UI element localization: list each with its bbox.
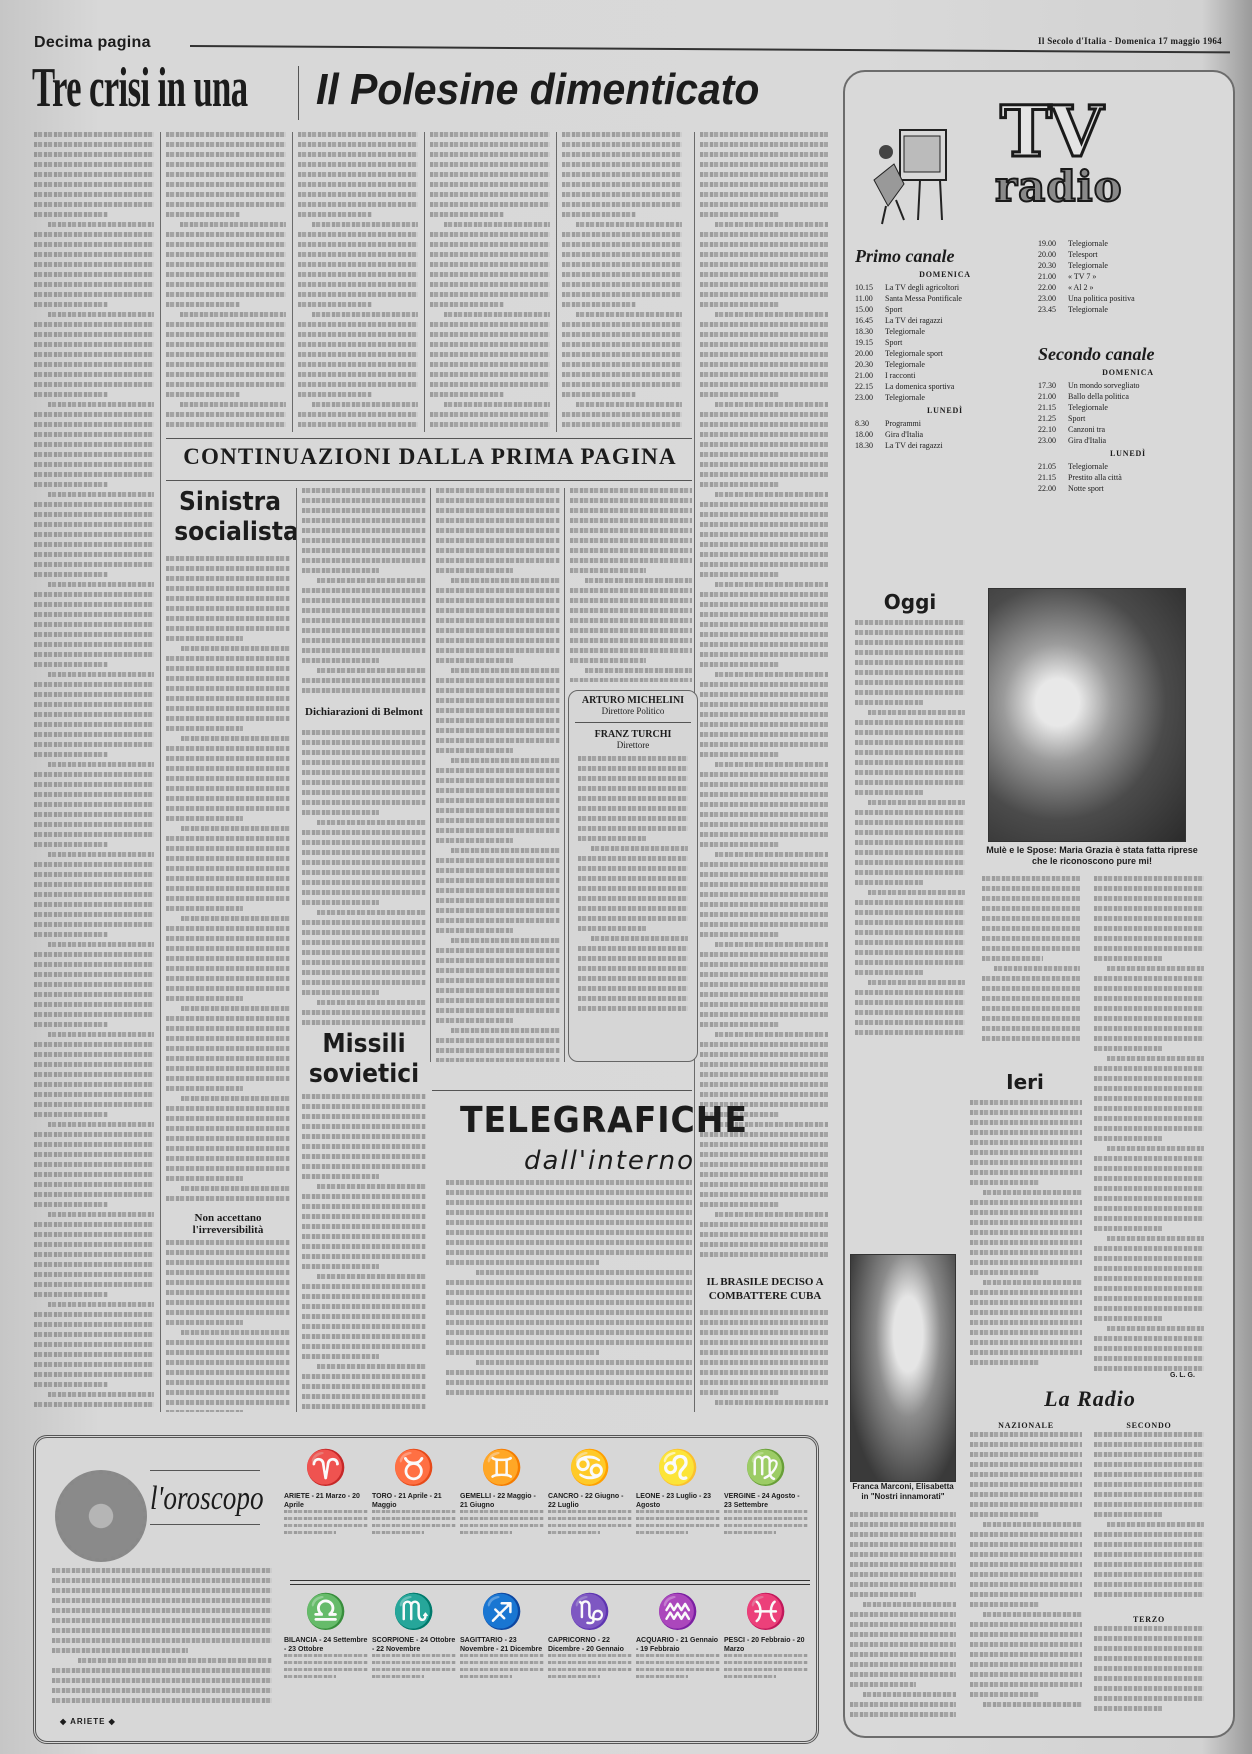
program-row: 18.00Gira d'Italia [855, 429, 1035, 440]
text-line [181, 646, 290, 651]
text-line [576, 312, 682, 317]
text-line [312, 312, 418, 317]
text-line [724, 1668, 808, 1671]
text-line [970, 1240, 1082, 1245]
text-line [700, 642, 828, 647]
column-rule [296, 488, 297, 1412]
text-line [1094, 1646, 1204, 1651]
program-title: La domenica sportiva [885, 381, 1035, 392]
text-line [298, 132, 418, 137]
paper-date: Il Secolo d'Italia - Domenica 17 maggio … [1038, 36, 1222, 46]
text-line [1094, 1126, 1204, 1131]
text-line [970, 1622, 1082, 1627]
text-line [430, 372, 550, 377]
text-line [166, 976, 290, 981]
text-line [34, 742, 154, 747]
text-line [700, 432, 828, 437]
text-line [548, 1654, 632, 1657]
text-line [578, 916, 688, 921]
text-line [34, 1202, 108, 1207]
text-line [578, 786, 688, 791]
text-line [444, 402, 550, 407]
text-line [476, 1360, 692, 1365]
text-line [570, 678, 692, 682]
cont-col-2 [302, 488, 426, 698]
text-line [700, 452, 828, 457]
text-line [578, 996, 688, 1001]
text-line [48, 402, 154, 407]
text-line [436, 508, 560, 513]
text-line [166, 956, 290, 961]
program-row: 21.00« TV 7 » [1038, 271, 1218, 282]
text-line [1094, 1096, 1204, 1101]
horoscope-title-rule [150, 1524, 260, 1525]
cont-col-2b [302, 730, 426, 1026]
text-line [970, 1642, 1082, 1647]
text-line [302, 1394, 426, 1399]
text-line [715, 1212, 828, 1217]
text-line [34, 542, 154, 547]
zodiac-label: TORO - 21 Aprile - 21 Maggio [372, 1492, 456, 1510]
text-line [578, 766, 688, 771]
text-line [430, 332, 550, 337]
text-line [436, 788, 560, 793]
text-line [302, 900, 379, 905]
text-line [578, 836, 646, 841]
text-line [166, 422, 286, 427]
text-line [166, 676, 290, 681]
text-line [166, 816, 243, 821]
text-line [700, 902, 828, 907]
program-row: 21.25Sport [1038, 413, 1218, 424]
text-line [970, 1140, 1082, 1145]
text-line [970, 1200, 1082, 1205]
text-line [430, 132, 550, 137]
text-line [302, 598, 426, 603]
text-line [34, 1002, 154, 1007]
text-line [460, 1661, 544, 1664]
text-line [34, 1292, 108, 1297]
program-time: 21.00 [1038, 391, 1068, 402]
text-line [578, 946, 688, 951]
text-line [166, 996, 243, 1001]
text-line [700, 842, 779, 847]
text-line [436, 798, 560, 803]
text-line [1094, 936, 1204, 941]
text-line [983, 1280, 1082, 1285]
text-line [578, 876, 688, 881]
text-line [446, 1220, 692, 1225]
text-line [298, 172, 418, 177]
sagittarius-icon: ♐ [460, 1590, 544, 1636]
horoscope-separator [290, 1580, 810, 1585]
text-line [970, 1562, 1082, 1567]
text-line [1094, 1626, 1204, 1631]
text-line [298, 212, 372, 217]
program-time: 21.00 [855, 370, 885, 381]
text-line [700, 512, 828, 517]
program-time: 23.00 [855, 392, 885, 403]
text-line [982, 976, 1080, 981]
text-line [700, 1192, 828, 1197]
headline-brasile: IL BRASILE DECISO A COMBATTERE CUBA [705, 1275, 825, 1304]
text-line [850, 1612, 956, 1617]
capricorn-icon: ♑ [548, 1590, 632, 1636]
text-line [166, 1260, 290, 1265]
program-row: 17.30Un mondo sorvegliato [1038, 380, 1218, 391]
text-line [430, 212, 504, 217]
text-line [562, 292, 682, 297]
text-line [166, 1340, 290, 1345]
text-line [700, 712, 828, 717]
text-line [48, 1122, 154, 1127]
text-line [636, 1661, 720, 1664]
text-line [850, 1572, 956, 1577]
text-line [317, 820, 426, 825]
text-line [548, 1675, 600, 1678]
program-time: 11.00 [855, 293, 885, 304]
text-line [715, 492, 828, 497]
text-line [970, 1300, 1082, 1305]
text-line [636, 1675, 688, 1678]
text-line [446, 1310, 692, 1315]
program-title: Telegiornale [1068, 402, 1218, 413]
program-time: 21.05 [1038, 461, 1068, 472]
text-line [1094, 1346, 1204, 1351]
text-line [436, 648, 560, 653]
text-line [1094, 1636, 1204, 1641]
text-line [436, 778, 560, 783]
text-line [578, 896, 688, 901]
text-line [166, 1196, 290, 1201]
text-line [850, 1582, 956, 1587]
text-line [446, 1370, 692, 1375]
text-line [562, 322, 682, 327]
text-line [855, 820, 965, 825]
text-line [850, 1642, 956, 1647]
text-line [52, 1678, 272, 1683]
program-row: 23.00Gira d'Italia [1038, 435, 1218, 446]
text-line [181, 1186, 290, 1191]
text-line [700, 1162, 828, 1167]
text-line [52, 1618, 272, 1623]
text-line [298, 162, 418, 167]
text-line [166, 392, 240, 397]
ieri-signature: G. L. G. [1170, 1372, 1195, 1379]
program-time: 23.45 [1038, 304, 1068, 315]
secondo-canale: Secondo canale DOMENICA17.30Un mondo sor… [1038, 344, 1218, 494]
program-time: 20.30 [855, 359, 885, 370]
text-line [970, 1130, 1082, 1135]
text-line [1107, 1146, 1204, 1151]
text-line [700, 182, 828, 187]
text-line [298, 192, 418, 197]
program-title: Ballo della politica [1068, 391, 1218, 402]
text-line [430, 352, 550, 357]
text-line [52, 1638, 272, 1643]
text-line [578, 756, 688, 761]
program-title: Telegiornale [1068, 238, 1218, 249]
text-line [700, 682, 828, 687]
text-line [970, 1672, 1082, 1677]
text-line [562, 212, 636, 217]
text-line [166, 776, 290, 781]
text-line [446, 1380, 692, 1385]
program-time: 22.15 [855, 381, 885, 392]
text-line [372, 1654, 456, 1657]
text-line [302, 1344, 426, 1349]
text-line [302, 558, 426, 563]
program-row: 19.15Sport [855, 337, 1035, 348]
article-col-5 [562, 132, 682, 432]
text-line [855, 1000, 965, 1005]
text-line [982, 926, 1080, 931]
cancer-icon: ♋ [548, 1446, 632, 1492]
text-line [982, 916, 1080, 921]
program-time: 19.15 [855, 337, 885, 348]
zodiac-row-1: ♈ARIETE - 21 Marzo - 20 Aprile♉TORO - 21… [282, 1446, 810, 1538]
text-line [562, 262, 682, 267]
text-line [970, 1350, 1082, 1355]
text-line [562, 242, 682, 247]
text-line [166, 1320, 243, 1325]
photo-actress [850, 1254, 956, 1482]
program-row: 11.00Santa Messa Pontificale [855, 293, 1035, 304]
text-line [34, 1312, 154, 1317]
text-line [1094, 1452, 1204, 1457]
text-line [298, 142, 418, 147]
tv-viewer-illustration-icon [870, 120, 950, 228]
text-line [298, 202, 418, 207]
text-line [578, 1006, 688, 1011]
text-line [562, 192, 682, 197]
text-line [700, 1232, 828, 1237]
text-line [302, 960, 426, 965]
text-line [868, 890, 965, 895]
text-line [48, 1032, 154, 1037]
program-row: 21.00I racconti [855, 370, 1035, 381]
radio-secondo-body [1094, 1432, 1204, 1607]
zodiac-sign-ariete: ♈ARIETE - 21 Marzo - 20 Aprile [282, 1446, 370, 1538]
text-line [446, 1350, 599, 1355]
text-line [591, 936, 688, 941]
text-line [436, 838, 513, 843]
text-line [700, 782, 828, 787]
text-line [436, 488, 560, 493]
radio-col-label-nazionale: NAZIONALE [970, 1421, 1082, 1430]
text-line [570, 588, 692, 593]
program-row: 22.00Notte sport [1038, 483, 1218, 494]
text-line [715, 582, 828, 587]
text-line [1094, 926, 1204, 931]
text-line [700, 632, 828, 637]
text-line [982, 936, 1080, 941]
text-line [700, 562, 828, 567]
text-line [34, 152, 154, 157]
text-line [700, 862, 828, 867]
text-line [436, 908, 560, 913]
text-line [48, 582, 154, 587]
text-line [302, 850, 426, 855]
text-line [970, 1512, 1039, 1517]
zodiac-label: ACQUARIO - 21 Gennaio - 19 Febbraio [636, 1636, 720, 1654]
text-line [302, 1094, 426, 1099]
tv-logo: TV [1000, 100, 1100, 163]
text-line [1094, 1286, 1204, 1291]
text-line [850, 1662, 956, 1667]
text-line [970, 1632, 1082, 1637]
text-line [166, 1390, 290, 1395]
primo-canale-schedule: DOMENICA10.15La TV degli agricoltori11.0… [855, 270, 1035, 451]
text-line [983, 1702, 1082, 1707]
text-line [430, 162, 550, 167]
text-line [34, 1222, 154, 1227]
text-line [181, 736, 290, 741]
text-line [700, 552, 828, 557]
text-line [1094, 986, 1204, 991]
zodiac-sign-capricorno: ♑CAPRICORNO - 22 Dicembre - 20 Gennaio [546, 1590, 634, 1682]
text-line [436, 638, 560, 643]
text-line [34, 902, 154, 907]
zodiac-label: LEONE - 23 Luglio - 23 Agosto [636, 1492, 720, 1510]
horoscope-title-rule [150, 1470, 260, 1471]
program-title: Telegiornale [1068, 304, 1218, 315]
text-line [298, 412, 418, 417]
text-line [970, 1290, 1082, 1295]
text-line [700, 832, 828, 837]
text-line [166, 966, 290, 971]
text-line [302, 1314, 426, 1319]
text-line [317, 910, 426, 915]
text-line [34, 482, 108, 487]
director-political-name: ARTURO MICHELINI [569, 695, 697, 706]
text-line [1094, 1532, 1204, 1537]
text-line [166, 182, 286, 187]
text-line [34, 932, 108, 937]
text-line [34, 442, 154, 447]
text-line [562, 172, 682, 177]
text-line [1094, 1356, 1204, 1361]
text-line [302, 1204, 426, 1209]
program-time: 20.00 [1038, 249, 1068, 260]
text-line [982, 956, 1043, 961]
text-line [1094, 1462, 1204, 1467]
text-line [1094, 1502, 1204, 1507]
text-line [180, 222, 286, 227]
text-line [570, 608, 692, 613]
photo-singers-caption: Mulè e le Spose: Maria Grazia è stata fa… [982, 845, 1202, 867]
telegrafiche-subtitle: dall'interno [524, 1146, 695, 1176]
text-line [855, 830, 965, 835]
text-line [700, 292, 828, 297]
text-line [562, 342, 682, 347]
primo-canale-evening: 19.00Telegiornale20.00Telesport20.30Tele… [1038, 238, 1218, 315]
text-line [34, 372, 154, 377]
text-line [700, 1042, 828, 1047]
text-line [34, 712, 154, 717]
text-line [562, 232, 682, 237]
program-title: Telegiornale [885, 326, 1035, 337]
text-line [700, 992, 828, 997]
text-line [636, 1668, 720, 1671]
text-line [850, 1632, 956, 1637]
text-line [166, 1146, 290, 1151]
text-line [1094, 996, 1204, 1001]
text-line [562, 302, 636, 307]
text-line [52, 1578, 272, 1583]
text-line [700, 692, 828, 697]
text-line [284, 1510, 368, 1513]
text-line [34, 552, 154, 557]
text-line [446, 1300, 692, 1305]
text-line [446, 1280, 692, 1285]
text-line [166, 766, 290, 771]
text-line [436, 988, 560, 993]
text-line [1094, 1036, 1204, 1041]
text-line [34, 1142, 154, 1147]
program-title: La TV dei ragazzi [885, 440, 1035, 451]
column-rule [430, 488, 431, 1062]
text-line [436, 1008, 560, 1013]
text-line [446, 1290, 692, 1295]
radio-col-label-terzo: TERZO [1094, 1615, 1204, 1624]
text-line [436, 978, 560, 983]
text-line [302, 638, 426, 643]
text-line [372, 1675, 424, 1678]
text-line [700, 572, 779, 577]
text-line [970, 1160, 1082, 1165]
text-line [34, 922, 154, 927]
text-line [302, 970, 426, 975]
text-line [436, 718, 560, 723]
actress-body [850, 1512, 956, 1722]
text-line [570, 558, 692, 563]
text-line [34, 212, 108, 217]
text-line [34, 1242, 154, 1247]
text-line [166, 382, 286, 387]
text-line [1094, 1006, 1204, 1011]
text-line [855, 990, 965, 995]
text-line [700, 332, 828, 337]
text-line [1094, 1136, 1162, 1141]
text-line [700, 1022, 779, 1027]
program-row: 19.00Telegiornale [1038, 238, 1218, 249]
program-title: Una politica positiva [1068, 293, 1218, 304]
text-line [970, 1432, 1082, 1437]
text-line [166, 162, 286, 167]
column-rule [160, 132, 161, 1412]
text-line [1094, 946, 1204, 951]
text-line [1094, 906, 1204, 911]
text-line [52, 1588, 272, 1593]
text-line [166, 786, 290, 791]
headline-sinistra-socialista: Sinistra socialista [174, 488, 286, 548]
text-line [78, 1658, 272, 1663]
text-line [430, 382, 550, 387]
article-col-2 [166, 132, 286, 432]
text-line [166, 556, 290, 561]
text-line [970, 1482, 1082, 1487]
text-line [983, 1190, 1082, 1195]
text-line [436, 568, 513, 573]
text-line [302, 658, 379, 663]
text-line [436, 498, 560, 503]
text-line [868, 800, 965, 805]
secondo-canale-schedule: DOMENICA17.30Un mondo sorvegliato21.00Ba… [1038, 368, 1218, 494]
program-title: « TV 7 » [1068, 271, 1218, 282]
text-line [446, 1210, 692, 1215]
text-line [302, 498, 426, 503]
